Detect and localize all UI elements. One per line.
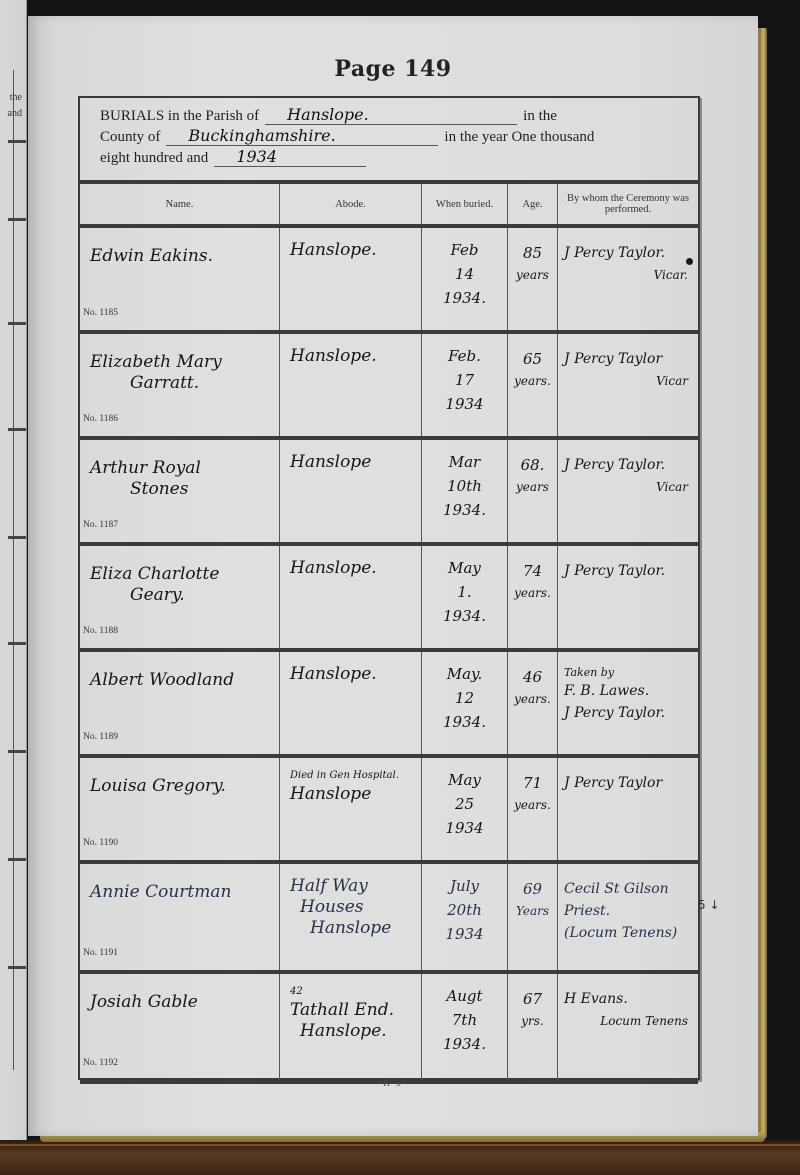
burial-register-table: BURIALS in the Parish of Hanslope. in th…	[78, 96, 700, 1080]
cell-abode: 42Tathall End.Hanslope.	[280, 974, 422, 1080]
officiant-line: J Percy Taylor	[564, 348, 692, 370]
cell-name: Arthur RoyalStones No. 1187	[80, 440, 280, 542]
entry-number: No. 1192	[83, 1053, 118, 1074]
burial-date-part: 1934.	[422, 498, 507, 522]
cell-when-buried: July20th1934	[422, 864, 508, 970]
burial-date-part: Mar	[422, 450, 507, 474]
officiant-line: Priest.	[564, 900, 692, 922]
cell-by-whom: J Percy Taylor.	[558, 546, 698, 648]
burial-date-part: 1934.	[422, 286, 507, 310]
burial-date-part: 17	[422, 368, 507, 392]
cell-name: Eliza CharlotteGeary. No. 1188	[80, 546, 280, 648]
cell-by-whom: J Percy Taylor	[558, 758, 698, 860]
burial-date-part: 10th	[422, 474, 507, 498]
age-unit: years.	[508, 370, 557, 392]
wooden-table-surface	[0, 1140, 800, 1175]
table-row: Arthur RoyalStones No. 1187 Hanslope Mar…	[80, 440, 698, 542]
burial-date-part: July	[422, 874, 507, 898]
cell-when-buried: Augt7th1934.	[422, 974, 508, 1080]
burial-date-part: 1934	[422, 392, 507, 416]
column-headers: Name. Abode. When buried. Age. By whom t…	[80, 184, 698, 224]
deceased-name-line: Josiah Gable	[90, 992, 279, 1013]
burial-date-part: 1934	[422, 816, 507, 840]
col-header-age: Age.	[508, 184, 558, 224]
officiant-line: (Locum Tenens)	[564, 922, 692, 944]
heading-text: BURIALS in the Parish of	[100, 106, 259, 127]
officiant-title: Locum Tenens	[564, 1010, 692, 1032]
abode-line: Hanslope.	[290, 558, 421, 579]
burial-date-part: 1934.	[422, 710, 507, 734]
burial-date-part: 1934	[422, 922, 507, 946]
cell-when-buried: Feb.171934	[422, 334, 508, 436]
officiant-line: J Percy Taylor.	[564, 454, 692, 476]
table-row: Eliza CharlotteGeary. No. 1188 Hanslope.…	[80, 546, 698, 648]
parish-field: Hanslope.	[265, 106, 517, 125]
cell-abode: Died in Gen Hospital.Hanslope	[280, 758, 422, 860]
cell-when-buried: Feb141934.	[422, 228, 508, 330]
burial-date-part: May	[422, 556, 507, 580]
col-header-by-whom: By whom the Ceremony was performed.	[558, 184, 698, 224]
ink-dot	[686, 258, 693, 265]
col-header-abode: Abode.	[280, 184, 422, 224]
officiant-title: Vicar	[564, 476, 692, 498]
year-field: 1934	[214, 148, 366, 167]
age-unit: years.	[508, 794, 557, 816]
cell-abode: Hanslope	[280, 440, 422, 542]
register-page: Page 149 BURIALS in the Parish of Hanslo…	[28, 16, 758, 1136]
entry-number: No. 1185	[83, 303, 118, 324]
age-unit: years	[508, 476, 557, 498]
age-unit: years	[508, 264, 557, 286]
burial-date-part: 25	[422, 792, 507, 816]
deceased-name-line: Geary.	[90, 585, 279, 606]
deceased-name-line: Eliza Charlotte	[90, 564, 279, 585]
officiant-line: F. B. Lawes.	[564, 680, 692, 702]
deceased-name-line: Elizabeth Mary	[90, 352, 279, 373]
table-row: Albert Woodland No. 1189 Hanslope. May.1…	[80, 652, 698, 754]
age-value: 46	[523, 668, 542, 686]
entry-number: No. 1187	[83, 515, 118, 536]
entry-number: No. 1191	[83, 943, 118, 964]
age-unit: Years	[508, 900, 557, 922]
burial-date-part: 7th	[422, 1008, 507, 1032]
age-value: 85	[523, 244, 542, 262]
cell-age: 69 Years	[508, 864, 558, 970]
cell-name: Louisa Gregory. No. 1190	[80, 758, 280, 860]
cell-when-buried: Mar10th1934.	[422, 440, 508, 542]
cell-name: Annie Courtman No. 1191	[80, 864, 280, 970]
heading-text: in the year One thousand	[444, 127, 594, 148]
cell-abode: Hanslope.	[280, 546, 422, 648]
heading-text: eight hundred and	[100, 148, 208, 169]
burial-date-part: Feb	[422, 238, 507, 262]
officiant-line: J Percy Taylor.	[564, 560, 692, 582]
table-row: Elizabeth MaryGarratt. No. 1186 Hanslope…	[80, 334, 698, 436]
col-header-name: Name.	[80, 184, 280, 224]
deceased-name-line: Annie Courtman	[90, 882, 279, 903]
age-value: 68.	[521, 456, 545, 474]
table-row: Josiah Gable No. 1192 42Tathall End.Hans…	[80, 974, 698, 1080]
abode-line: Tathall End.	[290, 1000, 421, 1021]
abode-line: Half Way	[290, 876, 421, 897]
deceased-name-line: Garratt.	[90, 373, 279, 394]
cell-age: 85 years	[508, 228, 558, 330]
entry-number: No. 1188	[83, 621, 118, 642]
entry-number: No. 1190	[83, 833, 118, 854]
officiant-line: J Percy Taylor.	[564, 702, 692, 724]
cell-age: 74 years.	[508, 546, 558, 648]
burial-date-part: 12	[422, 686, 507, 710]
age-value: 69	[523, 880, 542, 898]
age-value: 71	[523, 774, 542, 792]
cell-by-whom: Cecil St GilsonPriest.(Locum Tenens)	[558, 864, 698, 970]
abode-line: Hanslope.	[290, 1021, 421, 1042]
abode-line: Hanslope	[290, 918, 421, 939]
heading-text: in the	[523, 106, 557, 127]
burial-date-part: Feb.	[422, 344, 507, 368]
age-value: 65	[523, 350, 542, 368]
abode-line: Houses	[290, 897, 421, 918]
cell-abode: Hanslope.	[280, 334, 422, 436]
register-heading: BURIALS in the Parish of Hanslope. in th…	[80, 98, 698, 180]
cell-by-whom: J Percy Taylor.Vicar.	[558, 228, 698, 330]
age-value: 67	[523, 990, 542, 1008]
table-row: Annie Courtman No. 1191 Half WayHousesHa…	[80, 864, 698, 970]
cell-name: Albert Woodland No. 1189	[80, 652, 280, 754]
officiant-line: Cecil St Gilson	[564, 878, 692, 900]
cell-by-whom: J Percy TaylorVicar	[558, 334, 698, 436]
officiant-line: J Percy Taylor.	[564, 242, 692, 264]
burial-date-part: 14	[422, 262, 507, 286]
deceased-name-line: Arthur Royal	[90, 458, 279, 479]
cell-age: 68. years	[508, 440, 558, 542]
cell-when-buried: May.121934.	[422, 652, 508, 754]
page-title: Page 149	[28, 56, 758, 82]
abode-note: Died in Gen Hospital.	[290, 770, 421, 782]
cell-by-whom: J Percy Taylor.Vicar	[558, 440, 698, 542]
facing-page-edge: the and	[0, 0, 27, 1140]
deceased-name-line: Louisa Gregory.	[90, 776, 279, 797]
col-header-when-buried: When buried.	[422, 184, 508, 224]
cell-when-buried: May251934	[422, 758, 508, 860]
cell-age: 46 years.	[508, 652, 558, 754]
burial-date-part: 1.	[422, 580, 507, 604]
table-row: Edwin Eakins. No. 1185 Hanslope. Feb1419…	[80, 228, 698, 330]
abode-note: 42	[290, 986, 421, 998]
officiant-line: Taken by	[564, 666, 692, 680]
cell-abode: Hanslope.	[280, 228, 422, 330]
burial-date-part: 1934.	[422, 604, 507, 628]
abode-line: Hanslope.	[290, 346, 421, 367]
cell-name: Elizabeth MaryGarratt. No. 1186	[80, 334, 280, 436]
cell-by-whom: Taken byF. B. Lawes.J Percy Taylor.	[558, 652, 698, 754]
burial-date-part: May.	[422, 662, 507, 686]
officiant-line: H Evans.	[564, 988, 692, 1010]
cell-name: Edwin Eakins. No. 1185	[80, 228, 280, 330]
age-value: 74	[523, 562, 542, 580]
entry-number: No. 1186	[83, 409, 118, 430]
burial-date-part: 20th	[422, 898, 507, 922]
cell-age: 67 yrs.	[508, 974, 558, 1080]
deceased-name-line: Stones	[90, 479, 279, 500]
cell-name: Josiah Gable No. 1192	[80, 974, 280, 1080]
officiant-line: J Percy Taylor	[564, 772, 692, 794]
cell-by-whom: H Evans.Locum Tenens	[558, 974, 698, 1080]
abode-line: Hanslope.	[290, 664, 421, 685]
deceased-name-line: Edwin Eakins.	[90, 246, 279, 267]
burial-date-part: Augt	[422, 984, 507, 1008]
margin-annotation: 5 ↓	[698, 898, 720, 912]
burial-date-part: May	[422, 768, 507, 792]
county-field: Buckinghamshire.	[166, 127, 438, 146]
cell-abode: Hanslope.	[280, 652, 422, 754]
cell-age: 71 years.	[508, 758, 558, 860]
deceased-name-line: Albert Woodland	[90, 670, 279, 691]
abode-line: Hanslope	[290, 452, 421, 473]
age-unit: years.	[508, 582, 557, 604]
burial-date-part: 1934.	[422, 1032, 507, 1056]
age-unit: years.	[508, 688, 557, 710]
cell-abode: Half WayHousesHanslope	[280, 864, 422, 970]
signature-mark: H 5	[28, 1078, 758, 1088]
abode-line: Hanslope	[290, 784, 421, 805]
entry-number: No. 1189	[83, 727, 118, 748]
heading-text: County of	[100, 127, 160, 148]
cell-age: 65 years.	[508, 334, 558, 436]
cell-when-buried: May1.1934.	[422, 546, 508, 648]
table-row: Louisa Gregory. No. 1190 Died in Gen Hos…	[80, 758, 698, 860]
age-unit: yrs.	[508, 1010, 557, 1032]
abode-line: Hanslope.	[290, 240, 421, 261]
officiant-title: Vicar.	[564, 264, 692, 286]
officiant-title: Vicar	[564, 370, 692, 392]
